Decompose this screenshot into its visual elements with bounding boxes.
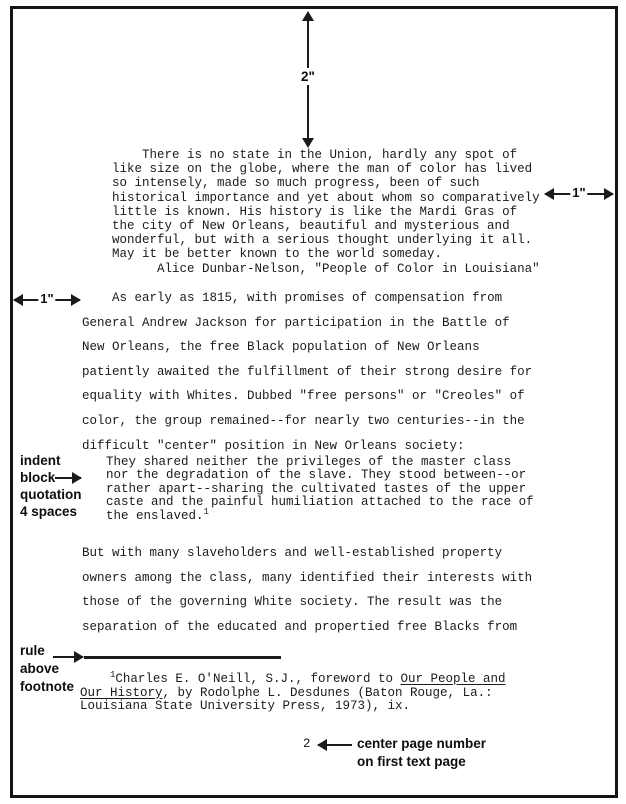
rule-callout-arrow <box>52 650 84 664</box>
text-line: color, the group remained--for nearly tw… <box>82 409 532 434</box>
text-line: They shared neither the privileges of th… <box>106 456 534 469</box>
text-line: 4 spaces <box>20 503 81 520</box>
footnote: 1Charles E. O'Neill, S.J., foreword to O… <box>80 673 506 714</box>
text-line: those of the governing White society. Th… <box>82 590 532 615</box>
text-line: nor the degradation of the slave. They s… <box>106 469 534 482</box>
text-line: But with many slaveholders and well-esta… <box>82 541 532 566</box>
page-number: 2 <box>303 737 311 751</box>
arrow-right-icon <box>72 472 82 484</box>
indent-callout: indentblockquotation4 spaces <box>20 452 81 520</box>
text-line: quotation <box>20 486 81 503</box>
text-line: on first text page <box>357 753 486 771</box>
text-line: owners among the class, many identified … <box>82 566 532 591</box>
text-line: May it be better known to the world some… <box>112 247 540 261</box>
text-segment: Charles E. O'Neill, S.J., foreword to <box>115 672 400 686</box>
text-line: patiently awaited the fulfillment of the… <box>82 360 532 385</box>
arrow-right-icon <box>74 651 84 663</box>
text-line: 1Charles E. O'Neill, S.J., foreword to O… <box>80 673 506 687</box>
arrow-right-icon <box>71 294 81 306</box>
text-line: like size on the globe, where the man of… <box>112 162 540 176</box>
text-line: Louisiana State University Press, 1973),… <box>80 700 506 714</box>
right-margin-label: 1" <box>570 185 587 200</box>
scanned-manual-page: 2" 1" 1" There is no state in the Union,… <box>0 0 626 804</box>
text-line: the enslaved.1 <box>106 510 534 523</box>
indent-callout-arrow <box>54 471 82 485</box>
text-line: rather apart--sharing the cultivated tas… <box>106 483 534 496</box>
text-line: Alice Dunbar-Nelson, "People of Color in… <box>112 262 540 276</box>
text-line: equality with Whites. Dubbed "free perso… <box>82 384 532 409</box>
arrow-right-icon <box>604 188 614 200</box>
arrow-left-icon <box>317 739 327 751</box>
text-line: separation of the educated and propertie… <box>82 615 532 640</box>
text-line: the city of New Orleans, beautiful and m… <box>112 219 540 233</box>
text-line: center page number <box>357 735 486 753</box>
arrow-down-icon <box>302 138 314 148</box>
body-paragraph-1: As early as 1815, with promises of compe… <box>82 286 532 458</box>
arrow-left-icon <box>544 188 554 200</box>
underlined-text: Our People and <box>400 672 505 686</box>
arrow-up-icon <box>302 11 314 21</box>
text-line: caste and the painful humiliation attach… <box>106 496 534 509</box>
text-line: General Andrew Jackson for participation… <box>82 311 532 336</box>
body-paragraph-2: But with many slaveholders and well-esta… <box>82 541 532 639</box>
text-line: little is known. His history is like the… <box>112 205 540 219</box>
top-margin-arrow: 2" <box>301 11 315 148</box>
footnote-rule <box>84 656 281 659</box>
text-line: New Orleans, the free Black population o… <box>82 335 532 360</box>
left-margin-arrow: 1" <box>13 293 81 307</box>
epigraph: There is no state in the Union, hardly a… <box>112 148 540 276</box>
text-line: Our History, by Rodolphe L. Desdunes (Ba… <box>80 687 506 701</box>
page-number-callout-arrow <box>317 738 353 752</box>
text-segment <box>80 672 110 686</box>
text-segment: the enslaved. <box>106 509 204 523</box>
text-line: historical importance and yet about whom… <box>112 191 540 205</box>
text-line: As early as 1815, with promises of compe… <box>82 286 532 311</box>
text-line: wonderful, but with a serious thought un… <box>112 233 540 247</box>
right-margin-arrow: 1" <box>544 187 614 201</box>
arrow-left-icon <box>13 294 23 306</box>
page-number-callout: center page numberon first text page <box>357 735 486 770</box>
text-line: indent <box>20 452 81 469</box>
text-line: so intensely, made so much progress, bee… <box>112 176 540 190</box>
block-quotation: They shared neither the privileges of th… <box>106 456 534 523</box>
top-margin-label: 2" <box>299 68 317 85</box>
text-segment: , by Rodolphe L. Desdunes (Baton Rouge, … <box>163 686 493 700</box>
left-margin-label: 1" <box>38 291 55 306</box>
underlined-text: Our History <box>80 686 163 700</box>
text-line: There is no state in the Union, hardly a… <box>112 148 540 162</box>
text-line: footnote <box>20 678 74 696</box>
